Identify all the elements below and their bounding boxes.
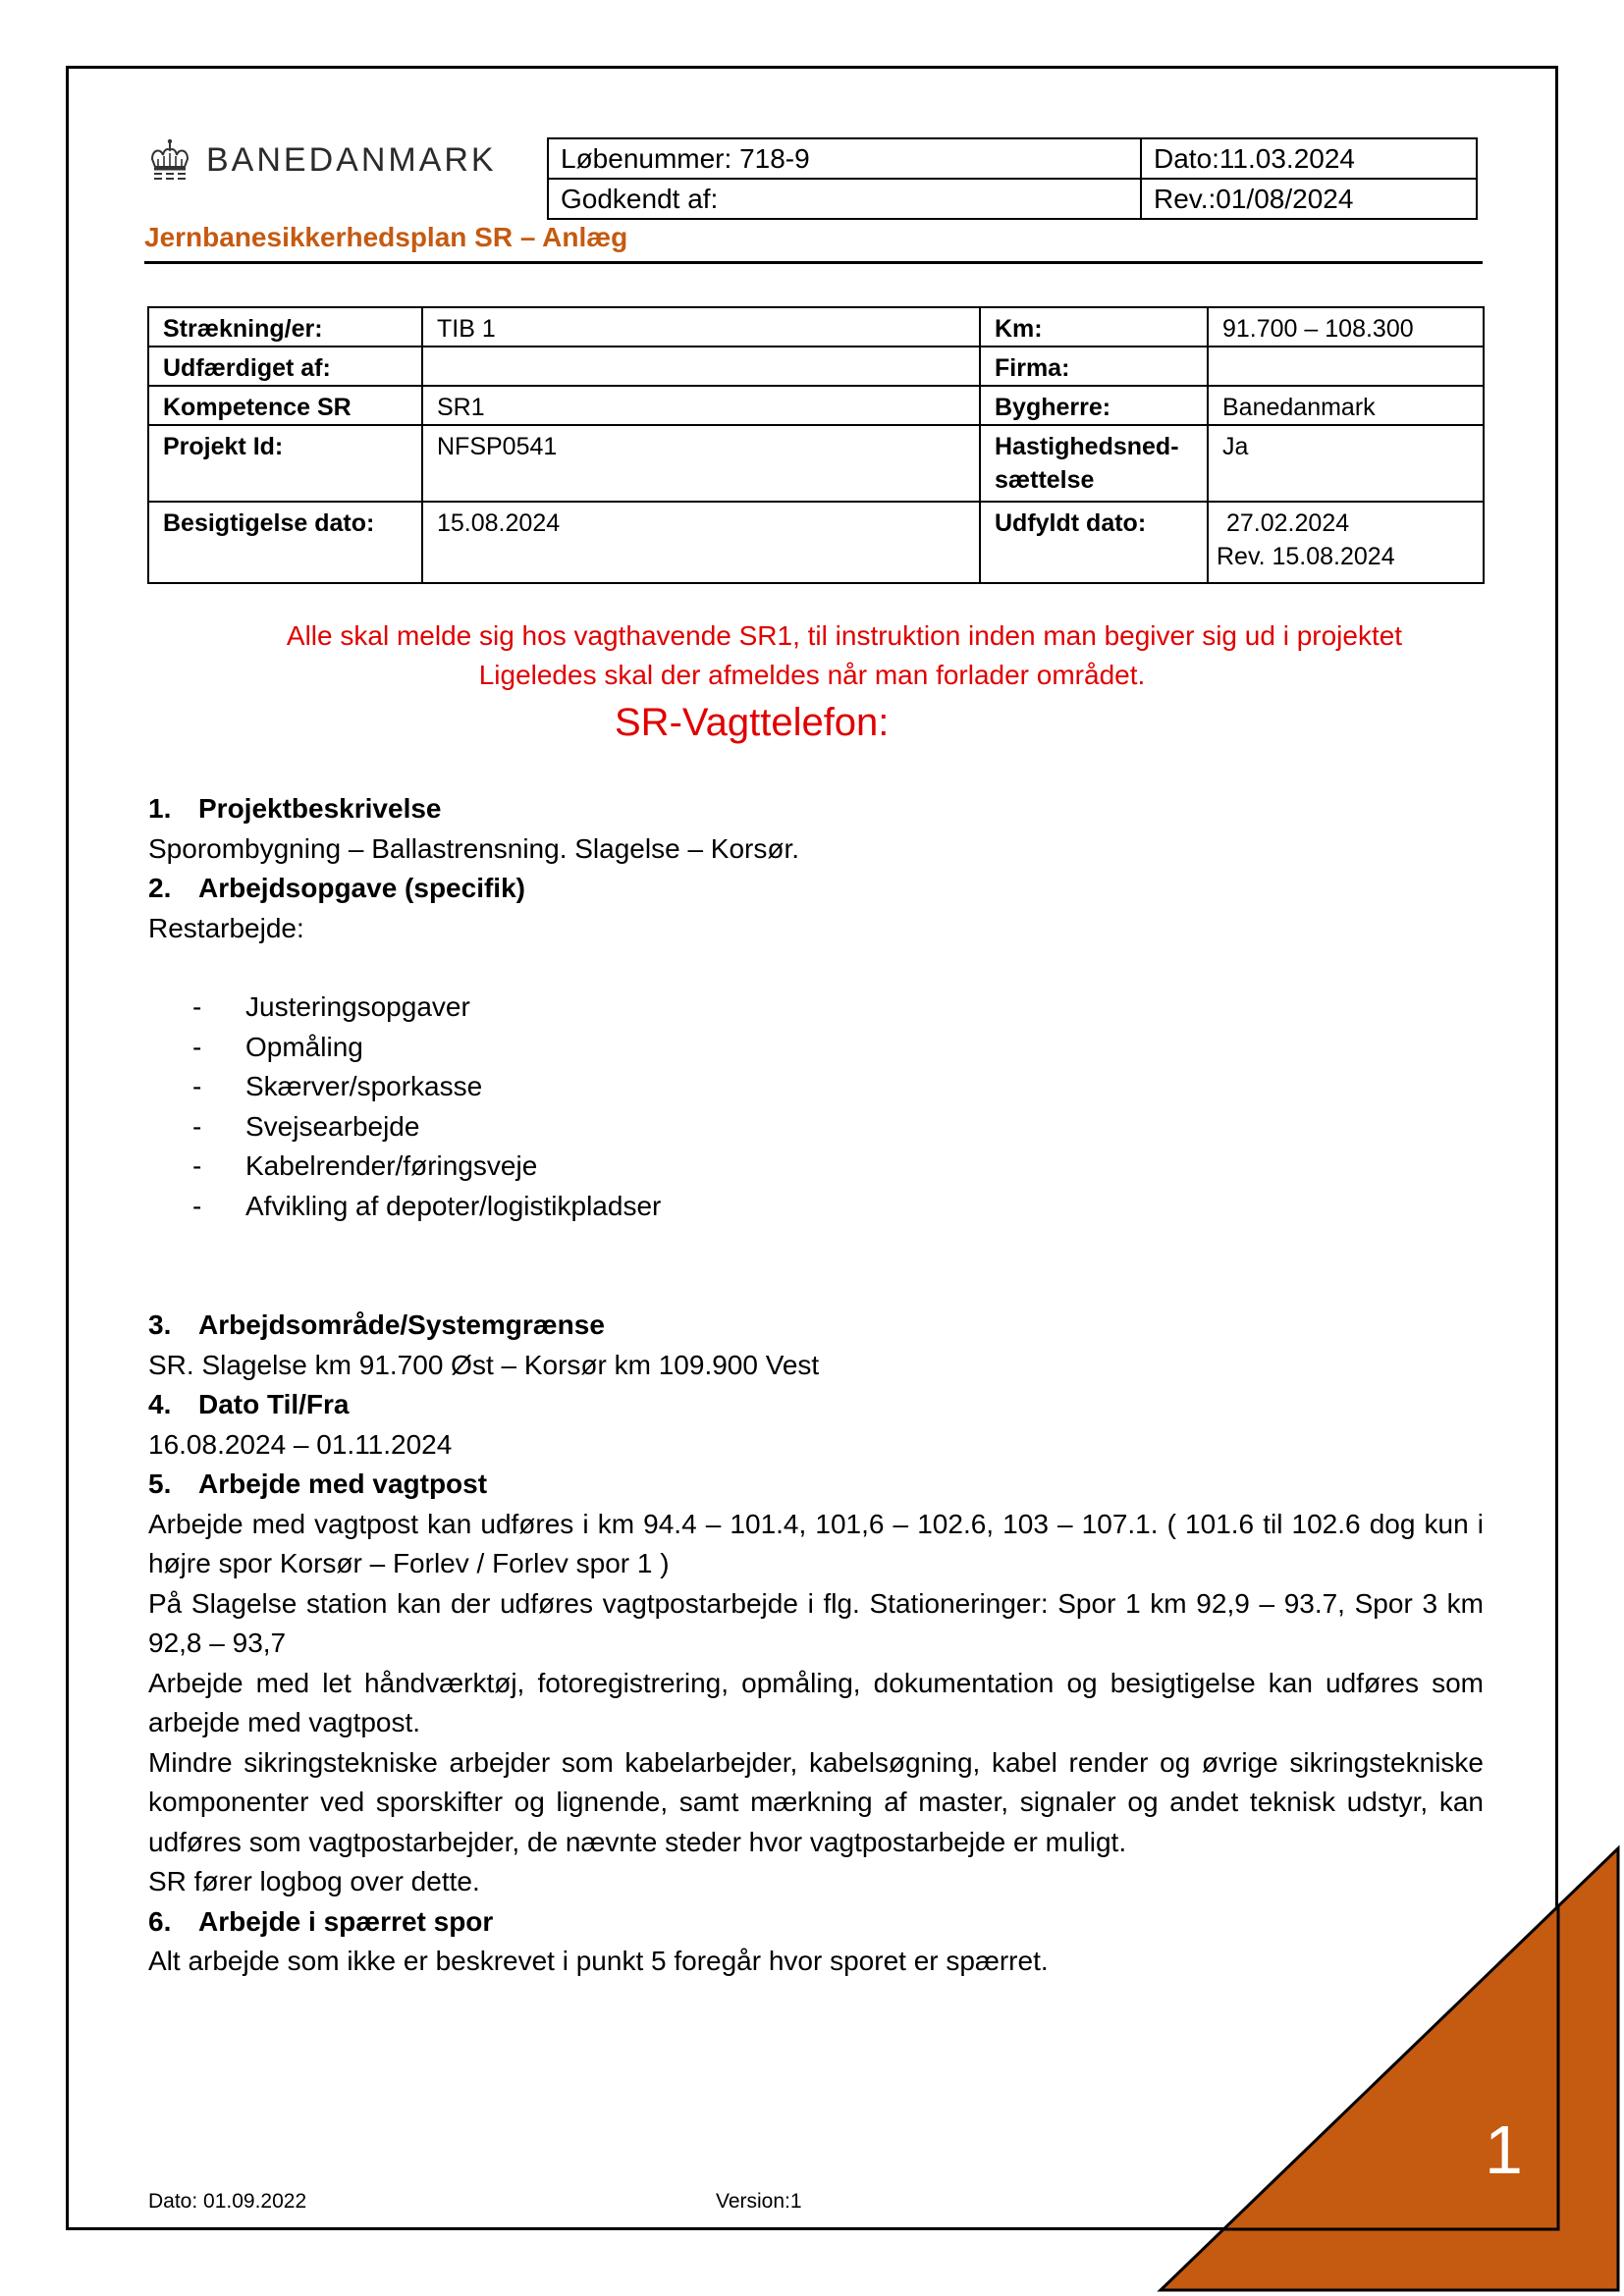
label-udfyldt: Udfyldt dato: xyxy=(980,502,1208,583)
table-row: Kompetence SR SR1 Bygherre: Banedanmark xyxy=(148,386,1484,425)
logo-wordmark: BANEDANMARK xyxy=(206,141,497,180)
label-projekt-id: Projekt Id: xyxy=(148,425,422,502)
footer-date: Dato: 01.09.2022 xyxy=(148,2190,306,2214)
notice-line-1: Alle skal melde sig hos vagthavende SR1,… xyxy=(157,620,1532,652)
page-number: 1 xyxy=(1485,2110,1523,2189)
value-straekning: TIB 1 xyxy=(422,307,980,347)
section-heading-6: 6. Arbejde i spærret spor xyxy=(148,1902,1484,1943)
value-udfaerdiget xyxy=(422,347,980,386)
section-text-1: Sporombygning – Ballastrensning. Slagels… xyxy=(148,829,1484,870)
table-row: Udfærdiget af: Firma: xyxy=(148,347,1484,386)
value-udfyldt: 27.02.2024 Rev. 15.08.2024 xyxy=(1208,502,1484,583)
section-paragraph-5c: Arbejde med let håndværktøj, fotoregistr… xyxy=(148,1664,1484,1743)
list-item: -Opmåling xyxy=(148,1028,1484,1068)
section-paragraph-5d: Mindre sikringstekniske arbejder som kab… xyxy=(148,1743,1484,1863)
section-paragraph-5b: På Slagelse station kan der udføres vagt… xyxy=(148,1584,1484,1664)
section-text-2: Restarbejde: xyxy=(148,909,1484,949)
section-text-6: Alt arbejde som ikke er beskrevet i punk… xyxy=(148,1942,1484,1982)
document-date: Dato:11.03.2024 xyxy=(1141,138,1477,179)
task-list: -Justeringsopgaver -Opmåling -Skærver/sp… xyxy=(148,988,1484,1226)
label-km: Km: xyxy=(980,307,1208,347)
label-straekning: Strækning/er: xyxy=(148,307,422,347)
list-item: -Svejsearbejde xyxy=(148,1107,1484,1148)
section-heading-3: 3. Arbejdsområde/Systemgrænse xyxy=(148,1306,1484,1346)
list-item: -Afvikling af depoter/logistikpladser xyxy=(148,1187,1484,1227)
udfyldt-date: 27.02.2024 xyxy=(1222,507,1469,540)
label-bygherre: Bygherre: xyxy=(980,386,1208,425)
list-item: -Kabelrender/føringsveje xyxy=(148,1147,1484,1187)
document-meta-table: Løbenummer: 718-9 Dato:11.03.2024 Godken… xyxy=(547,137,1478,220)
value-kompetence: SR1 xyxy=(422,386,980,425)
section-paragraph-5e: SR fører logbog over dette. xyxy=(148,1862,1484,1902)
section-heading-1: 1. Projektbeskrivelse xyxy=(148,789,1484,829)
document-subtitle: Jernbanesikkerhedsplan SR – Anlæg xyxy=(144,222,627,253)
revision-date: Rev.:01/08/2024 xyxy=(1141,179,1477,219)
list-item: -Justeringsopgaver xyxy=(148,988,1484,1028)
title-divider xyxy=(144,261,1483,264)
value-besigtigelse: 15.08.2024 xyxy=(422,502,980,583)
table-row: Strækning/er: TIB 1 Km: 91.700 – 108.300 xyxy=(148,307,1484,347)
value-projekt-id: NFSP0541 xyxy=(422,425,980,502)
notice-line-2: Ligeledes skal der afmeldes når man forl… xyxy=(0,660,1624,691)
table-row: Projekt Id: NFSP0541 Hastighedsned-sætte… xyxy=(148,425,1484,502)
crown-icon xyxy=(147,137,192,183)
label-hastighedsnedsaettelse: Hastighedsned-sættelse xyxy=(980,425,1208,502)
section-heading-4: 4. Dato Til/Fra xyxy=(148,1385,1484,1425)
label-udfaerdiget: Udfærdiget af: xyxy=(148,347,422,386)
value-firma xyxy=(1208,347,1484,386)
document-body: 1. Projektbeskrivelse Sporombygning – Ba… xyxy=(148,789,1484,1982)
project-info-table: Strækning/er: TIB 1 Km: 91.700 – 108.300… xyxy=(147,306,1485,584)
table-row: Besigtigelse dato: 15.08.2024 Udfyldt da… xyxy=(148,502,1484,583)
udfyldt-revision: Rev. 15.08.2024 xyxy=(1217,540,1469,573)
footer-version: Version:1 xyxy=(716,2190,802,2214)
label-kompetence: Kompetence SR xyxy=(148,386,422,425)
label-besigtigelse: Besigtigelse dato: xyxy=(148,502,422,583)
section-heading-2: 2. Arbejdsopgave (specifik) xyxy=(148,869,1484,909)
list-item: -Skærver/sporkasse xyxy=(148,1067,1484,1107)
sr-vagttelefon-label: SR-Vagttelefon: xyxy=(615,701,889,745)
value-bygherre: Banedanmark xyxy=(1208,386,1484,425)
banedanmark-logo: BANEDANMARK xyxy=(147,137,497,183)
loebenummer: Løbenummer: 718-9 xyxy=(548,138,1141,179)
value-km: 91.700 – 108.300 xyxy=(1208,307,1484,347)
spacer xyxy=(148,1226,1484,1306)
approved-by: Godkendt af: xyxy=(548,179,1141,219)
section-text-3: SR. Slagelse km 91.700 Øst – Korsør km 1… xyxy=(148,1346,1484,1386)
section-paragraph-5a: Arbejde med vagtpost kan udføres i km 94… xyxy=(148,1505,1484,1584)
section-text-4: 16.08.2024 – 01.11.2024 xyxy=(148,1425,1484,1466)
label-firma: Firma: xyxy=(980,347,1208,386)
value-hastighedsnedsaettelse: Ja xyxy=(1208,425,1484,502)
section-heading-5: 5. Arbejde med vagtpost xyxy=(148,1465,1484,1505)
